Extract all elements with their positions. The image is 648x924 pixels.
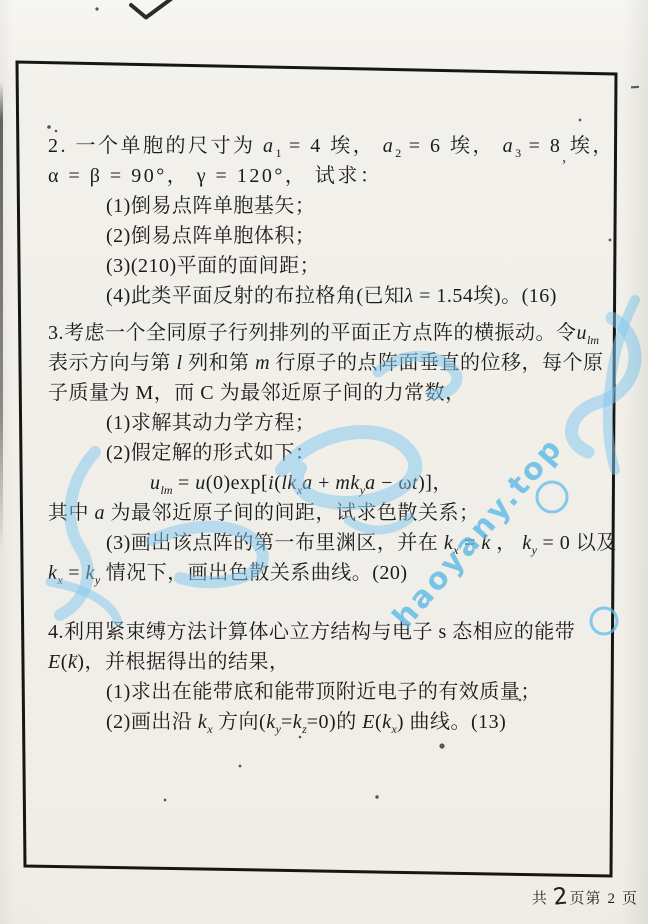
scan-speck <box>239 765 242 768</box>
text-line: (2)假定解的形式如下： <box>48 438 610 468</box>
text-line: 4.利用紧束缚方法计算体心立方结构与电子 s 态相应的能带 <box>48 617 610 647</box>
scan-speck <box>95 7 98 10</box>
text-line: 3.考虑一个全同原子行列排列的平面正方点阵的横振动。令ulm <box>48 318 610 348</box>
text-line: 表示方向与第 l 列和第 m 行原子的点阵面垂直的位移，每个原 <box>48 348 610 378</box>
checkmark-icon <box>131 0 171 18</box>
scanned-exam-page: , 2. 一个单胞的尺寸为 a1 = 4 埃， a2 = 6 埃， a3 = 8… <box>0 0 648 924</box>
scan-speck <box>579 119 582 122</box>
text-line: 2. 一个单胞的尺寸为 a1 = 4 埃， a2 = 6 埃， a3 = 8 埃… <box>48 131 610 161</box>
footer-current-page: 2 <box>607 891 616 908</box>
question-q3: 3.考虑一个全同原子行列排列的平面正方点阵的横振动。令ulm表示方向与第 l 列… <box>48 318 610 588</box>
text-line: 其中 a 为最邻近原子间的间距，试求色散关系； <box>48 498 610 528</box>
footer-pages-label: 页第 <box>569 887 601 908</box>
text-line: (2)倒易点阵单胞体积； <box>48 221 610 251</box>
page-footer: 共 2 页第 2 页 <box>532 883 638 911</box>
text-line: E(k→)，并根据得出的结果， <box>48 647 610 677</box>
text-line: (2)画出沿 kx 方向(ky=kz=0)的 E(kx) 曲线。(13) <box>48 707 610 737</box>
text-line: α = β = 90°， γ = 120°， 试求： <box>48 161 610 191</box>
footer-page-label: 页 <box>622 887 638 908</box>
footer-total-prefix: 共 <box>532 887 548 908</box>
text-line: (4)此类平面反射的布拉格角(已知λ = 1.54埃)。(16) <box>48 281 610 311</box>
text-line: kx = ky 情况下，画出色散关系曲线。(20) <box>48 558 610 588</box>
scan-speck <box>164 799 167 802</box>
text-line: (1)倒易点阵单胞基矢； <box>48 191 610 221</box>
footer-total-pages-handwritten: 2 <box>552 883 570 910</box>
scan-edge-shadow <box>0 82 3 552</box>
text-line: (3)(210)平面的面间距； <box>48 251 610 281</box>
text-line: (1)求出在能带底和能带顶附近电子的有效质量； <box>48 677 610 707</box>
brush-stroke <box>608 300 635 470</box>
text-line: ulm = u(0)exp[i(lkxa + mkya − ωt)]， <box>48 468 610 498</box>
scan-speck <box>47 125 51 129</box>
question-q4: 4.利用紧束缚方法计算体心立方结构与电子 s 态相应的能带E(k→)，并根据得出… <box>48 617 610 737</box>
scan-speck <box>375 795 378 798</box>
text-line: 子质量为 M，而 C 为最邻近原子间的力常数， <box>48 378 610 408</box>
scan-speck <box>439 743 444 748</box>
scan-dash-speck <box>631 86 639 89</box>
questions: 2. 一个单胞的尺寸为 a1 = 4 埃， a2 = 6 埃， a3 = 8 埃… <box>48 131 610 737</box>
text-line: (3)画出该点阵的第一布里渊区，并在 kx = k ， ky = 0 以及 <box>48 528 610 558</box>
text-line: (1)求解其动力学方程； <box>48 408 610 438</box>
question-q2: 2. 一个单胞的尺寸为 a1 = 4 埃， a2 = 6 埃， a3 = 8 埃… <box>48 131 610 311</box>
